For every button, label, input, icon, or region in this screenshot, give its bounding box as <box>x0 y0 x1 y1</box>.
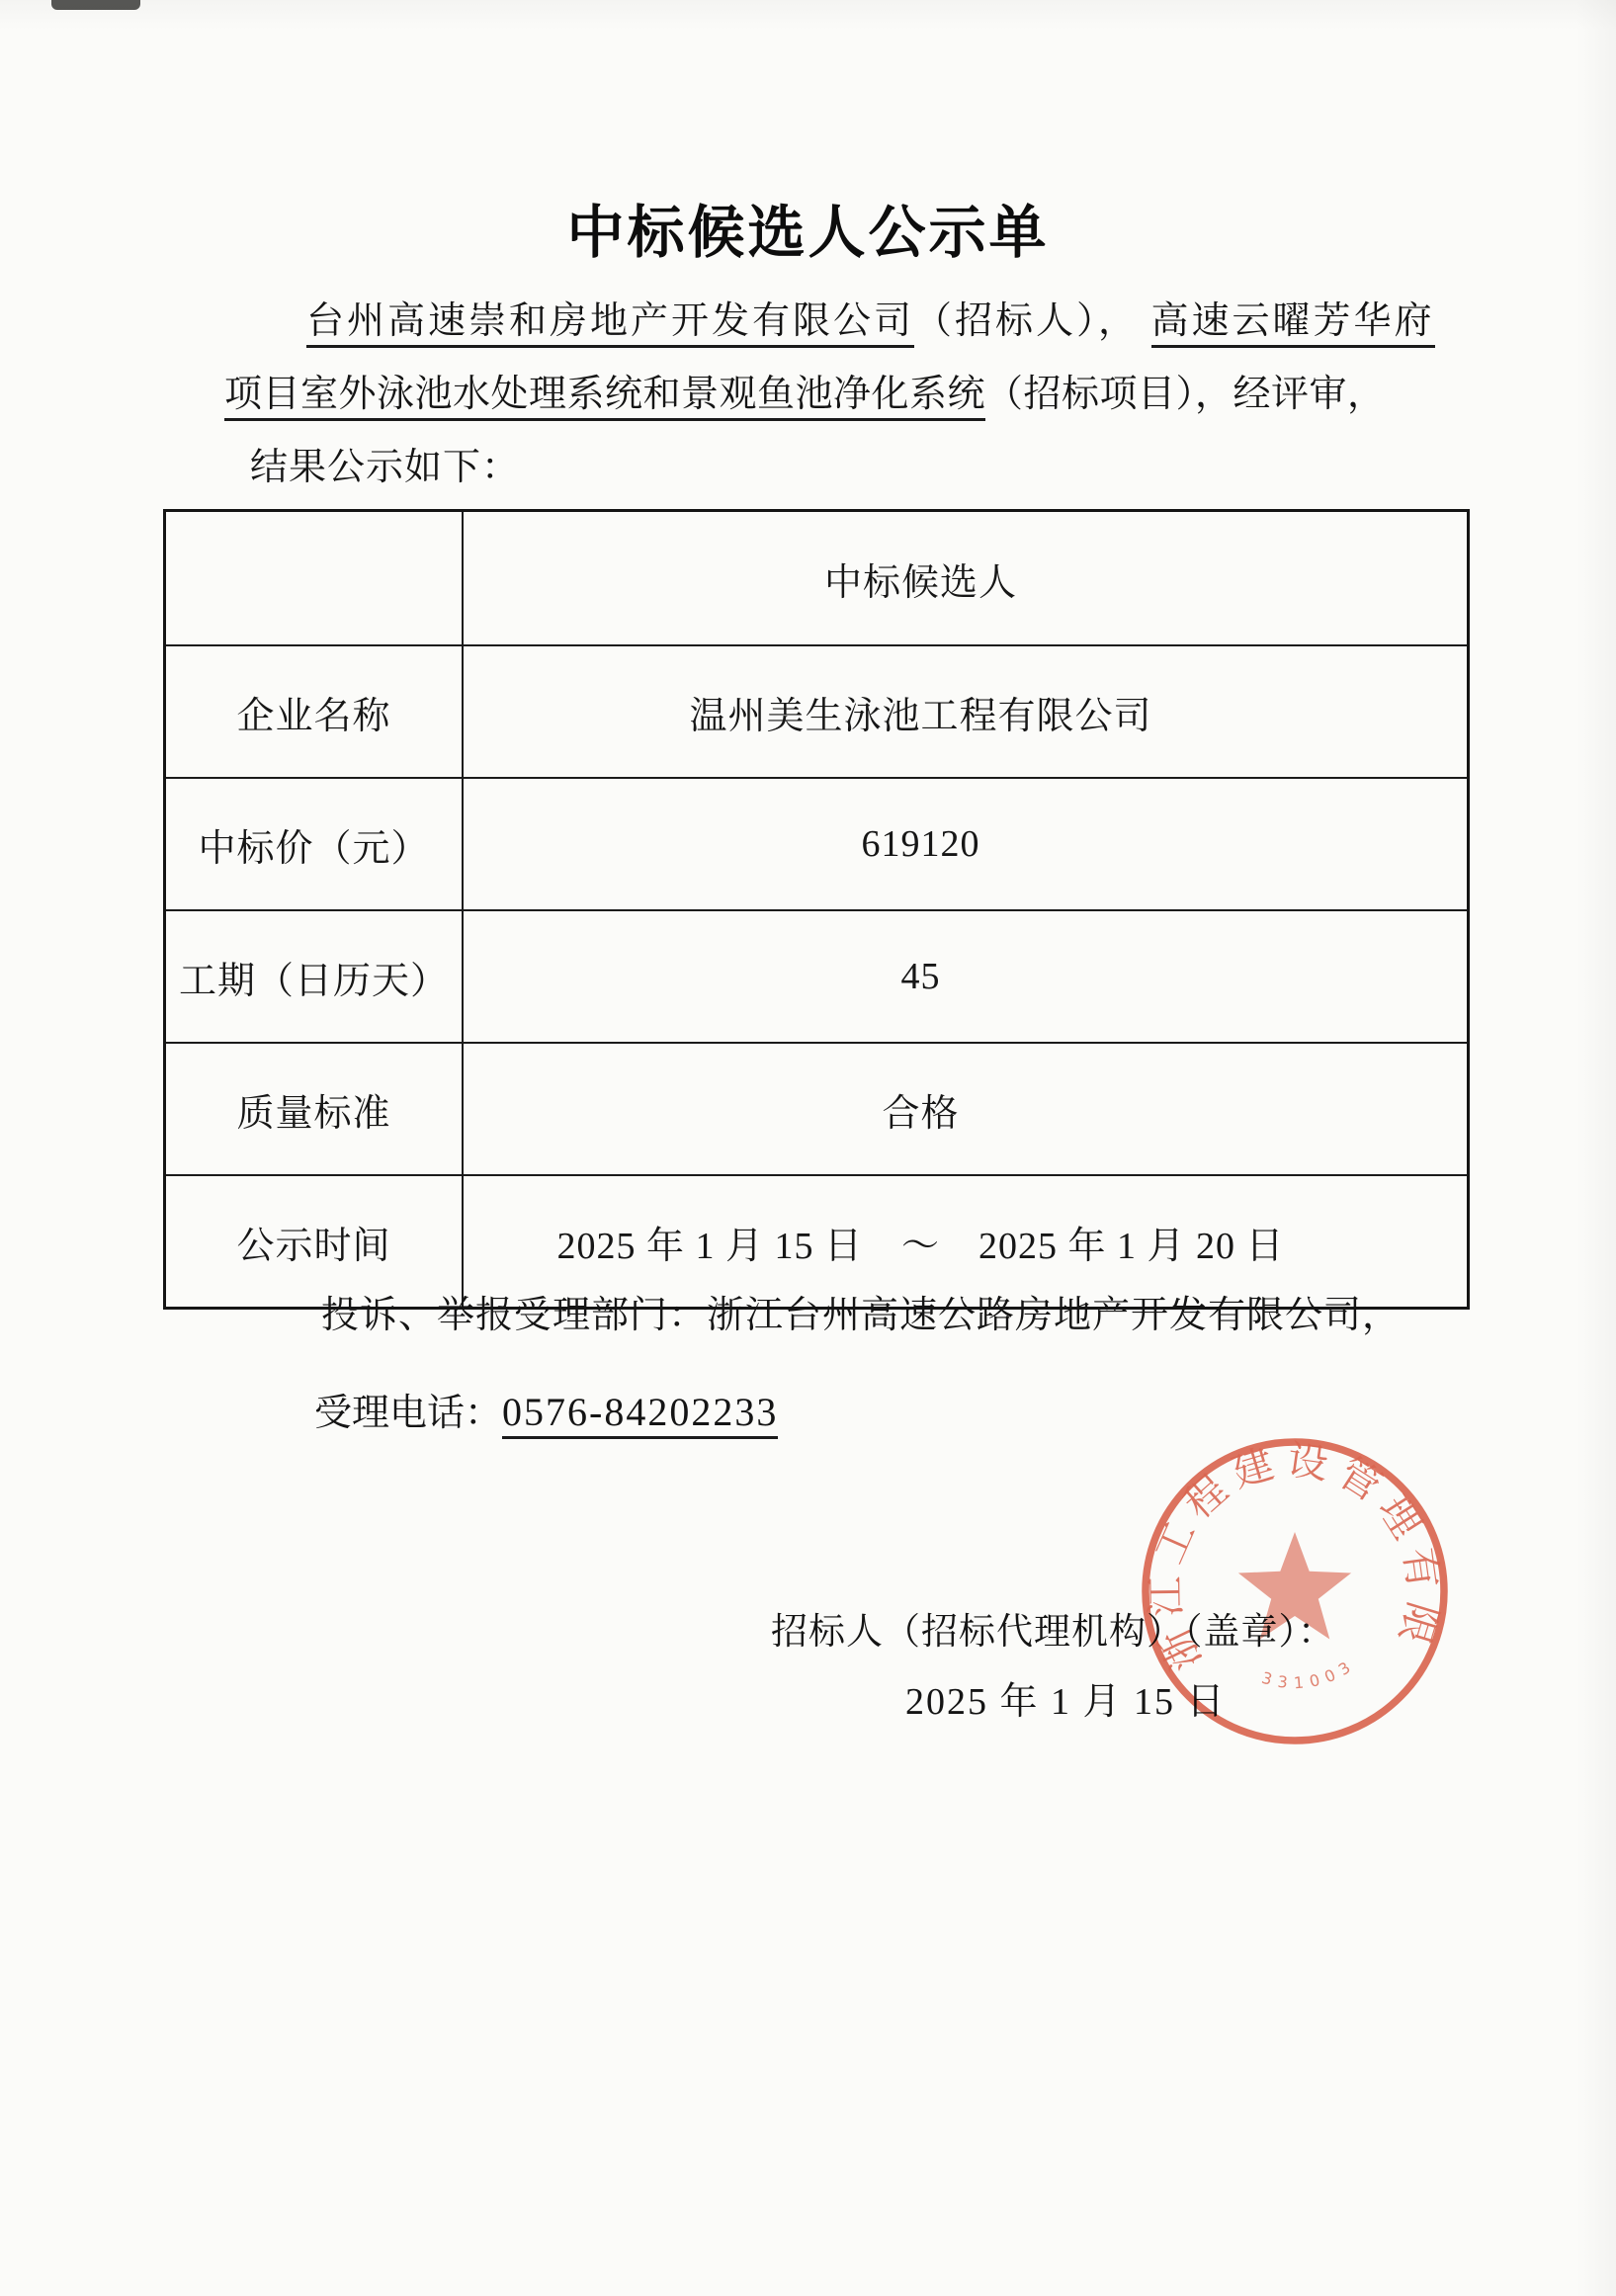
page-title: 中标候选人公示单 <box>0 186 1616 269</box>
intro-plain-text: 结果公示如下： <box>250 447 520 488</box>
intro-line-2: 项目室外泳池水处理系统和景观鱼池净化系统（招标项目），经评审， <box>224 363 1386 417</box>
seal-code: 331003 <box>1259 1655 1359 1693</box>
project-name-underlined: 项目室外泳池水处理系统和景观鱼池净化系统 <box>224 374 985 421</box>
intro-plain-text: （招标项目），经评审， <box>985 374 1386 415</box>
row-value-cell: 合格 <box>464 1044 1467 1174</box>
row-label-cell: 工期（日历天） <box>166 911 464 1042</box>
bidder-name-underlined: 台州高速崇和房地产开发有限公司 <box>306 300 914 348</box>
phone-number-underlined: 0576-84202233 <box>502 1390 778 1439</box>
table-row: 企业名称 温州美生泳池工程有限公司 <box>166 646 1467 779</box>
candidate-table: 中标候选人 企业名称 温州美生泳池工程有限公司 中标价（元） 619120 工期… <box>163 509 1470 1310</box>
company-seal: 浙江工程建设管理有限公司 331003 <box>1133 1429 1457 1753</box>
intro-line-1: 台州高速崇和房地产开发有限公司（招标人）， 高速云曜芳华府 <box>306 290 1435 344</box>
row-value-cell: 619120 <box>464 779 1467 909</box>
intro-plain-text: （招标人）， <box>914 300 1151 342</box>
table-row: 质量标准 合格 <box>166 1044 1467 1176</box>
seal-star-icon <box>1238 1532 1351 1640</box>
header-empty-cell <box>166 512 464 644</box>
scan-artifact-smudge <box>51 0 140 10</box>
table-header-row: 中标候选人 <box>166 512 1467 646</box>
phone-line: 受理电话：0576-84202233 <box>314 1382 778 1436</box>
row-label-cell: 企业名称 <box>166 646 464 777</box>
row-value-cell: 温州美生泳池工程有限公司 <box>464 646 1467 777</box>
intro-line-3: 结果公示如下： <box>250 436 520 490</box>
row-value-cell: 45 <box>464 911 1467 1042</box>
scanned-document-page: 中标候选人公示单 台州高速崇和房地产开发有限公司（招标人）， 高速云曜芳华府 项… <box>0 0 1616 2296</box>
table-row: 工期（日历天） 45 <box>166 911 1467 1044</box>
header-cell: 中标候选人 <box>464 512 1467 644</box>
phone-label: 受理电话： <box>314 1393 502 1434</box>
svg-text:331003: 331003 <box>1259 1655 1359 1693</box>
project-name-underlined: 高速云曜芳华府 <box>1151 300 1435 348</box>
row-label-cell: 质量标准 <box>166 1044 464 1174</box>
complaint-line: 投诉、举报受理部门：浙江台州高速公路房地产开发有限公司， <box>321 1284 1401 1338</box>
row-label-cell: 中标价（元） <box>166 779 464 909</box>
table-row: 中标价（元） 619120 <box>166 779 1467 911</box>
